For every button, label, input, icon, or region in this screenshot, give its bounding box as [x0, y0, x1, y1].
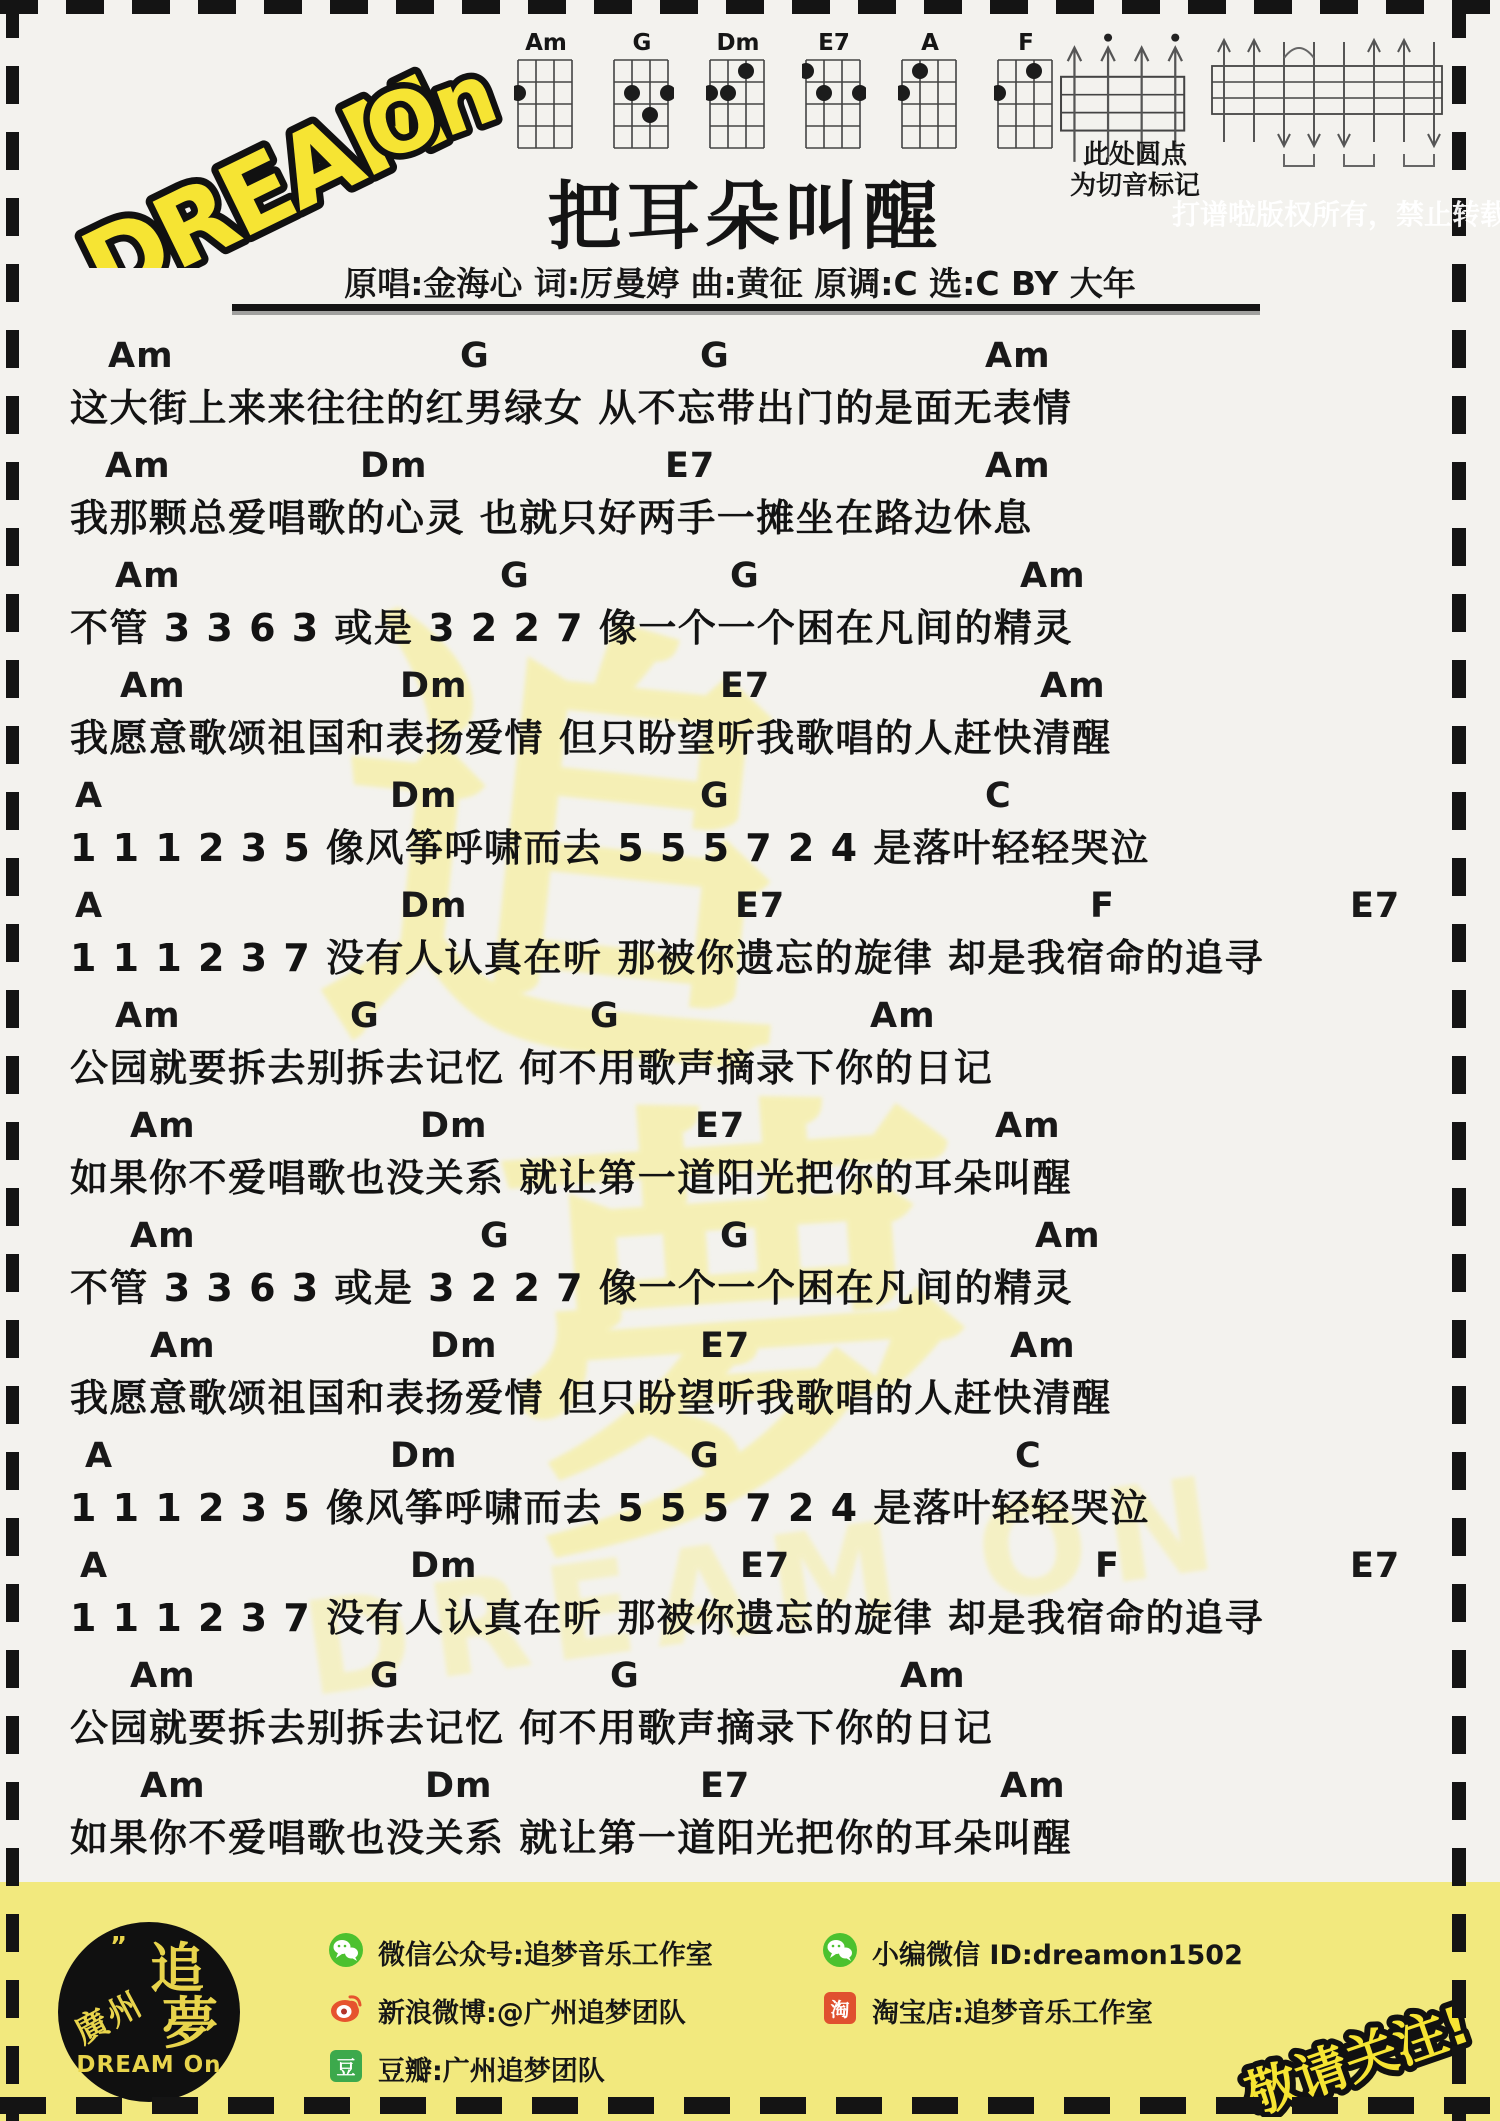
chord-diagram-label: E7 — [786, 30, 882, 56]
svg-text:敬请关注!: 敬请关注! — [1238, 1995, 1478, 2117]
chord-label: Am — [900, 1656, 966, 1696]
song-line: ADmGC1 1 1 2 3 5 像风筝呼啸而去 5 5 5 7 2 4 是落叶… — [60, 1436, 1460, 1534]
chord-label: Am — [108, 336, 174, 376]
chord-label: G — [730, 556, 760, 596]
border-left — [6, 0, 19, 2121]
lyric-line: 如果你不爱唱歌也没关系 就让第一道阳光把你的耳朵叫醒 — [60, 1812, 1460, 1864]
chord-label: E7 — [700, 1766, 750, 1806]
lyric-line: 1 1 1 2 3 5 像风筝呼啸而去 5 5 5 7 2 4 是落叶轻轻哭泣 — [60, 1482, 1460, 1534]
taobao-icon: 淘 — [822, 1990, 858, 2030]
lyric-line: 公园就要拆去别拆去记忆 何不用歌声摘录下你的日记 — [60, 1042, 1460, 1094]
chord-label: Am — [130, 1656, 196, 1696]
chord-row: AmGGAm — [60, 336, 1460, 382]
wechat-icon — [328, 1932, 364, 1972]
chord-label: Dm — [400, 886, 468, 926]
chord-row: ADmE7FE7 — [60, 886, 1460, 932]
footer-contact-text: 淘宝店:追梦音乐工作室 — [872, 1991, 1153, 2030]
chord-label: Am — [140, 1766, 206, 1806]
chord-row: AmDmE7Am — [60, 1106, 1460, 1152]
song-sheet-page: 追 夢 DREAM ON DREAM On AmGDmE7AF 此处圆点 为切音… — [0, 0, 1500, 2121]
chord-label: Am — [985, 336, 1051, 376]
song-line: AmDmE7Am如果你不爱唱歌也没关系 就让第一道阳光把你的耳朵叫醒 — [60, 1766, 1460, 1864]
chord-label: Am — [1020, 556, 1086, 596]
chord-label: A — [75, 886, 103, 926]
chord-label: E7 — [720, 666, 770, 706]
song-line: AmDmE7Am我愿意歌颂祖国和表扬爱情 但只盼望听我歌唱的人赶快清醒 — [60, 666, 1460, 764]
chord-diagram-e7: E7 — [786, 30, 882, 156]
chord-label: E7 — [665, 446, 715, 486]
chord-label: Am — [130, 1106, 196, 1146]
dream-on-logo: DREAM On — [38, 28, 508, 268]
chord-label: G — [370, 1656, 400, 1696]
song-line: AmDmE7Am如果你不爱唱歌也没关系 就让第一道阳光把你的耳朵叫醒 — [60, 1106, 1460, 1204]
chord-label: G — [460, 336, 490, 376]
chord-row: ADmGC — [60, 776, 1460, 822]
chord-label: G — [350, 996, 380, 1036]
chord-row: AmDmE7Am — [60, 666, 1460, 712]
song-title: 把耳朵叫醒 — [420, 158, 1070, 264]
chord-diagram-row: AmGDmE7AF — [498, 30, 1074, 156]
lyric-line: 我那颗总爱唱歌的心灵 也就只好两手一摊坐在路边休息 — [60, 492, 1460, 544]
svg-text:豆: 豆 — [336, 2057, 355, 2079]
chord-row: AmDmE7Am — [60, 1766, 1460, 1812]
chord-diagram-a: A — [882, 30, 978, 156]
chord-label: G — [700, 776, 730, 816]
chord-label: Dm — [390, 1436, 458, 1476]
chord-label: Am — [985, 446, 1051, 486]
chord-row: AmGGAm — [60, 996, 1460, 1042]
chord-label: Dm — [400, 666, 468, 706]
svg-text:淘: 淘 — [830, 1998, 849, 2021]
chord-label: Dm — [420, 1106, 488, 1146]
copyright-watermark: 打谱啦版权所有，禁止转载 — [1172, 193, 1500, 233]
logo-latin-text: DREAM On — [58, 2052, 240, 2078]
chord-label: Am — [150, 1326, 216, 1366]
chord-label: A — [85, 1436, 113, 1476]
chord-label: E7 — [700, 1326, 750, 1366]
song-line: AmGGAm不管 3 3 6 3 或是 3 2 2 7 像一个一个困在凡间的精灵 — [60, 556, 1460, 654]
footer-contact-text: 微信公众号:追梦音乐工作室 — [378, 1933, 713, 1972]
chord-label: Dm — [410, 1546, 478, 1586]
chord-diagram-label: A — [882, 30, 978, 56]
chord-row: AmGGAm — [60, 1656, 1460, 1702]
chord-label: C — [985, 776, 1012, 816]
chord-diagram-label: Am — [498, 30, 594, 56]
chord-label: C — [1015, 1436, 1042, 1476]
chord-label: G — [610, 1656, 640, 1696]
footer-contact-item: 小编微信 ID:dreamon1502 — [822, 1932, 1243, 1972]
footer-contact-column-2: 小编微信 ID:dreamon1502淘淘宝店:追梦音乐工作室 — [822, 1932, 1243, 2030]
chord-label: Am — [1040, 666, 1106, 706]
song-line: AmGGAm公园就要拆去别拆去记忆 何不用歌声摘录下你的日记 — [60, 1656, 1460, 1754]
chord-diagram-label: G — [594, 30, 690, 56]
lyric-line: 我愿意歌颂祖国和表扬爱情 但只盼望听我歌唱的人赶快清醒 — [60, 712, 1460, 764]
chord-label: G — [720, 1216, 750, 1256]
chord-label: Am — [115, 556, 181, 596]
chord-label: G — [480, 1216, 510, 1256]
footer-contact-item: 新浪微博:@广州追梦团队 — [328, 1990, 713, 2030]
footer-contact-text: 小编微信 ID:dreamon1502 — [872, 1933, 1243, 1972]
border-top — [0, 0, 1500, 14]
song-line: ADmGC1 1 1 2 3 5 像风筝呼啸而去 5 5 5 7 2 4 是落叶… — [60, 776, 1460, 874]
lyric-line: 不管 3 3 6 3 或是 3 2 2 7 像一个一个困在凡间的精灵 — [60, 602, 1460, 654]
douban-icon: 豆 — [328, 2048, 364, 2088]
song-line: AmDmE7Am我那颗总爱唱歌的心灵 也就只好两手一摊坐在路边休息 — [60, 446, 1460, 544]
chord-row: AmDmE7Am — [60, 446, 1460, 492]
chord-label: Dm — [390, 776, 458, 816]
chord-label: E7 — [740, 1546, 790, 1586]
chord-label: Am — [115, 996, 181, 1036]
chord-label: G — [700, 336, 730, 376]
chord-label: Am — [105, 446, 171, 486]
lyric-line: 1 1 1 2 3 5 像风筝呼啸而去 5 5 5 7 2 4 是落叶轻轻哭泣 — [60, 822, 1460, 874]
chord-label: Am — [1010, 1326, 1076, 1366]
chord-label: Am — [1035, 1216, 1101, 1256]
chord-row: ADmE7FE7 — [60, 1546, 1460, 1592]
chord-label: G — [590, 996, 620, 1036]
wechat-icon — [822, 1932, 858, 1972]
logo-city-text: 廣州 — [65, 1978, 151, 2053]
chord-label: A — [80, 1546, 108, 1586]
footer-bar: ” 追 夢 廣州 DREAM On 微信公众号:追梦音乐工作室新浪微博:@广州追… — [0, 1882, 1500, 2121]
credits-underline — [232, 304, 1260, 311]
follow-us-badge: 敬请关注! — [1218, 1967, 1498, 2117]
song-line: ADmE7FE71 1 1 2 3 7 没有人认真在听 那被你遗忘的旋律 却是我… — [60, 886, 1460, 984]
chord-diagram-label: Dm — [690, 30, 786, 56]
chord-label: E7 — [1350, 1546, 1400, 1586]
chord-row: AmDmE7Am — [60, 1326, 1460, 1372]
chord-label: Dm — [360, 446, 428, 486]
chord-label: G — [500, 556, 530, 596]
chord-label: E7 — [735, 886, 785, 926]
chord-label: F — [1095, 1546, 1120, 1586]
song-line: AmGGAm这大街上来来往往的红男绿女 从不忘带出门的是面无表情 — [60, 336, 1460, 434]
logo-quote-mark: ” — [110, 1932, 127, 1962]
weibo-icon — [328, 1990, 364, 2030]
chord-label: Am — [130, 1216, 196, 1256]
chord-diagram-am: Am — [498, 30, 594, 156]
chord-label: Dm — [425, 1766, 493, 1806]
studio-circle-logo: ” 追 夢 廣州 DREAM On — [58, 1922, 240, 2102]
chord-label: G — [690, 1436, 720, 1476]
chord-diagram-dm: Dm — [690, 30, 786, 156]
chord-row: AmGGAm — [60, 556, 1460, 602]
strum-pattern-2 — [1204, 26, 1448, 180]
lyric-line: 我愿意歌颂祖国和表扬爱情 但只盼望听我歌唱的人赶快清醒 — [60, 1372, 1460, 1424]
song-line: AmGGAm公园就要拆去别拆去记忆 何不用歌声摘录下你的日记 — [60, 996, 1460, 1094]
lyric-line: 这大街上来来往往的红男绿女 从不忘带出门的是面无表情 — [60, 382, 1460, 434]
lyric-line: 公园就要拆去别拆去记忆 何不用歌声摘录下你的日记 — [60, 1702, 1460, 1754]
lyrics-section: AmGGAm这大街上来来往往的红男绿女 从不忘带出门的是面无表情AmDmE7Am… — [60, 336, 1460, 1876]
footer-contact-item: 淘淘宝店:追梦音乐工作室 — [822, 1990, 1243, 2030]
chord-diagram-g: G — [594, 30, 690, 156]
footer-contact-column-1: 微信公众号:追梦音乐工作室新浪微博:@广州追梦团队豆豆瓣:广州追梦团队 — [328, 1932, 713, 2088]
chord-label: Dm — [430, 1326, 498, 1366]
lyric-line: 不管 3 3 6 3 或是 3 2 2 7 像一个一个困在凡间的精灵 — [60, 1262, 1460, 1314]
song-line: ADmE7FE71 1 1 2 3 7 没有人认真在听 那被你遗忘的旋律 却是我… — [60, 1546, 1460, 1644]
chord-label: A — [75, 776, 103, 816]
chord-label: Am — [120, 666, 186, 706]
footer-contact-text: 豆瓣:广州追梦团队 — [378, 2049, 605, 2088]
chord-row: ADmGC — [60, 1436, 1460, 1482]
logo-brand-char-2: 夢 — [162, 1980, 218, 2060]
lyric-line: 1 1 1 2 3 7 没有人认真在听 那被你遗忘的旋律 却是我宿命的追寻 — [60, 1592, 1460, 1644]
chord-label: Am — [1000, 1766, 1066, 1806]
chord-label: Am — [995, 1106, 1061, 1146]
chord-row: AmGGAm — [60, 1216, 1460, 1262]
lyric-line: 如果你不爱唱歌也没关系 就让第一道阳光把你的耳朵叫醒 — [60, 1152, 1460, 1204]
chord-label: F — [1090, 886, 1115, 926]
song-line: AmGGAm不管 3 3 6 3 或是 3 2 2 7 像一个一个困在凡间的精灵 — [60, 1216, 1460, 1314]
song-line: AmDmE7Am我愿意歌颂祖国和表扬爱情 但只盼望听我歌唱的人赶快清醒 — [60, 1326, 1460, 1424]
footer-contact-item: 微信公众号:追梦音乐工作室 — [328, 1932, 713, 1972]
chord-label: E7 — [1350, 886, 1400, 926]
lyric-line: 1 1 1 2 3 7 没有人认真在听 那被你遗忘的旋律 却是我宿命的追寻 — [60, 932, 1460, 984]
chord-label: Am — [870, 996, 936, 1036]
chord-label: E7 — [695, 1106, 745, 1146]
footer-contact-item: 豆豆瓣:广州追梦团队 — [328, 2048, 713, 2088]
footer-contact-text: 新浪微博:@广州追梦团队 — [378, 1991, 686, 2030]
